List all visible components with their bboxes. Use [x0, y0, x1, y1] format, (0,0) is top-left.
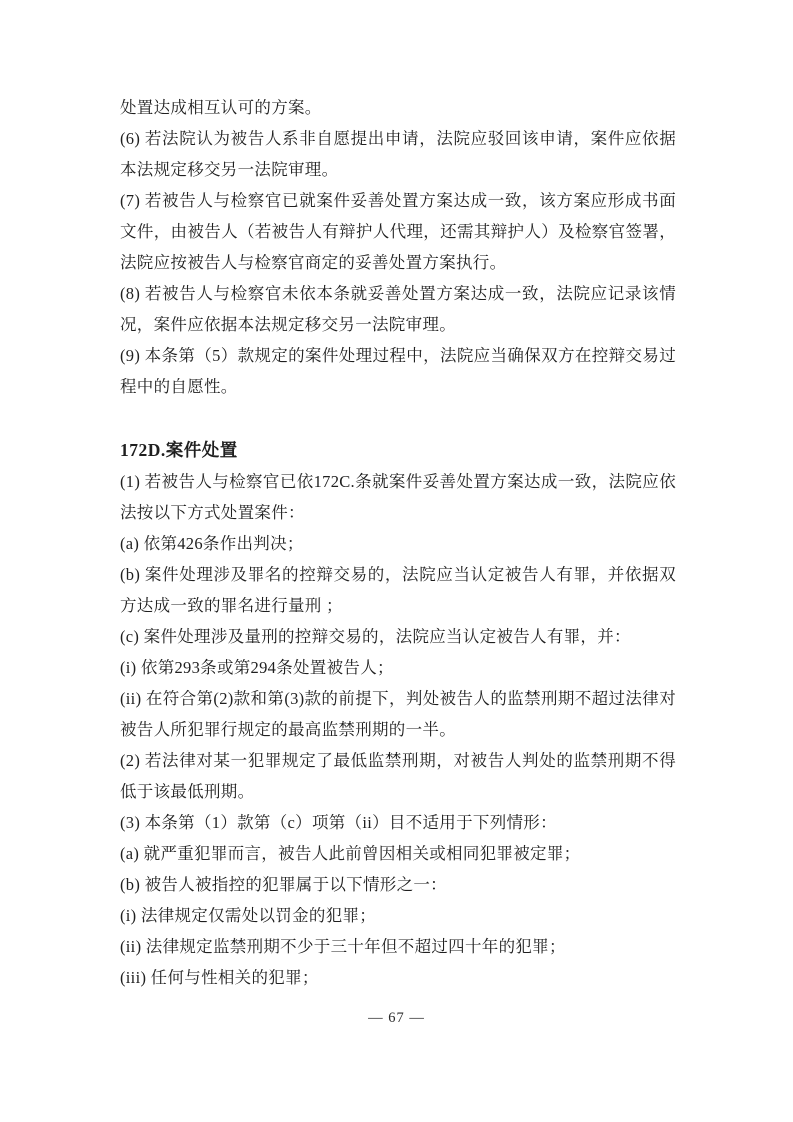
clause-3b-ii-paragraph: (ii) 法律规定监禁刑期不少于三十年但不超过四十年的犯罪；	[120, 931, 676, 962]
page-number: — 67 —	[0, 1010, 793, 1027]
clause-3a-paragraph: (a) 就严重犯罪而言，被告人此前曾因相关或相同犯罪被定罪；	[120, 838, 676, 869]
continuation-paragraph: 处置达成相互认可的方案。	[120, 92, 676, 123]
clause-1c-ii-paragraph: (ii) 在符合第(2)款和第(3)款的前提下，判处被告人的监禁刑期不超过法律对…	[120, 683, 676, 745]
section-heading-172d: 172D.案件处置	[120, 435, 676, 466]
clause-8-paragraph: (8) 若被告人与检察官未依本条就妥善处置方案达成一致，法院应记录该情况，案件应…	[120, 278, 676, 340]
document-page: 处置达成相互认可的方案。 (6) 若法院认为被告人系非自愿提出申请，法院应驳回该…	[0, 0, 793, 1122]
page-body-text: 处置达成相互认可的方案。 (6) 若法院认为被告人系非自愿提出申请，法院应驳回该…	[120, 92, 676, 993]
clause-3b-paragraph: (b) 被告人被指控的犯罪属于以下情形之一：	[120, 869, 676, 900]
clause-7-paragraph: (7) 若被告人与检察官已就案件妥善处置方案达成一致，该方案应形成书面文件，由被…	[120, 185, 676, 278]
clause-1c-i-paragraph: (i) 依第293条或第294条处置被告人；	[120, 652, 676, 683]
clause-1b-paragraph: (b) 案件处理涉及罪名的控辩交易的，法院应当认定被告人有罪，并依据双方达成一致…	[120, 559, 676, 621]
clause-9-paragraph: (9) 本条第（5）款规定的案件处理过程中，法院应当确保双方在控辩交易过程中的自…	[120, 340, 676, 402]
clause-3-paragraph: (3) 本条第（1）款第（c）项第（ii）目不适用于下列情形：	[120, 807, 676, 838]
clause-3b-i-paragraph: (i) 法律规定仅需处以罚金的犯罪；	[120, 900, 676, 931]
clause-1-paragraph: (1) 若被告人与检察官已依172C.条就案件妥善处置方案达成一致，法院应依法按…	[120, 466, 676, 528]
clause-2-paragraph: (2) 若法律对某一犯罪规定了最低监禁刑期，对被告人判处的监禁刑期不得低于该最低…	[120, 745, 676, 807]
clause-6-paragraph: (6) 若法院认为被告人系非自愿提出申请，法院应驳回该申请，案件应依据本法规定移…	[120, 123, 676, 185]
clause-1c-paragraph: (c) 案件处理涉及量刑的控辩交易的，法院应当认定被告人有罪，并：	[120, 621, 676, 652]
clause-3b-iii-paragraph: (iii) 任何与性相关的犯罪；	[120, 962, 676, 993]
clause-1a-paragraph: (a) 依第426条作出判决；	[120, 528, 676, 559]
